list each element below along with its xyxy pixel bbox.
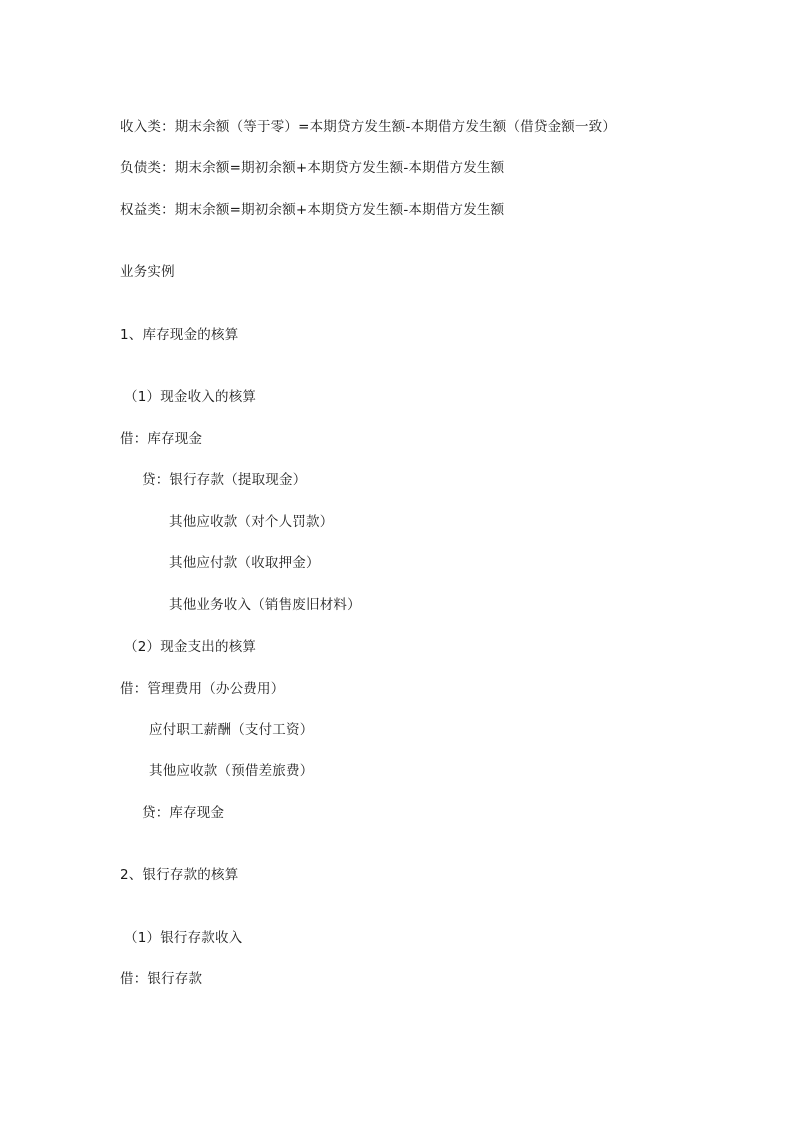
text-line: 权益类：期末余额=期初余额+本期贷方发生额-本期借方发生额 — [120, 201, 504, 219]
text-line: 负债类：期末余额=期初余额+本期贷方发生额-本期借方发生额 — [120, 159, 504, 177]
text-line: （1）银行存款收入 — [124, 929, 242, 947]
text-line: 收入类：期末余额（等于零）=本期贷方发生额-本期借方发生额（借贷金额一致） — [120, 118, 616, 136]
text-line: 借：管理费用（办公费用） — [120, 680, 284, 698]
text-line: 借：银行存款 — [120, 970, 202, 988]
text-line: 1、库存现金的核算 — [120, 326, 238, 344]
text-line: 业务实例 — [120, 263, 175, 281]
text-line: （2）现金支出的核算 — [124, 638, 256, 656]
text-line: 其他应收款（对个人罚款） — [169, 513, 333, 531]
text-line: 其他应收款（预借差旅费） — [149, 762, 313, 780]
text-line: （1）现金收入的核算 — [124, 388, 256, 406]
text-line: 贷：银行存款（提取现金） — [142, 471, 306, 489]
text-line: 其他业务收入（销售废旧材料） — [169, 596, 361, 614]
text-line: 2、银行存款的核算 — [120, 866, 238, 884]
text-line: 贷：库存现金 — [142, 804, 224, 822]
text-line: 借：库存现金 — [120, 430, 202, 448]
text-line: 应付职工薪酬（支付工资） — [149, 721, 313, 739]
text-line: 其他应付款（收取押金） — [169, 554, 320, 572]
